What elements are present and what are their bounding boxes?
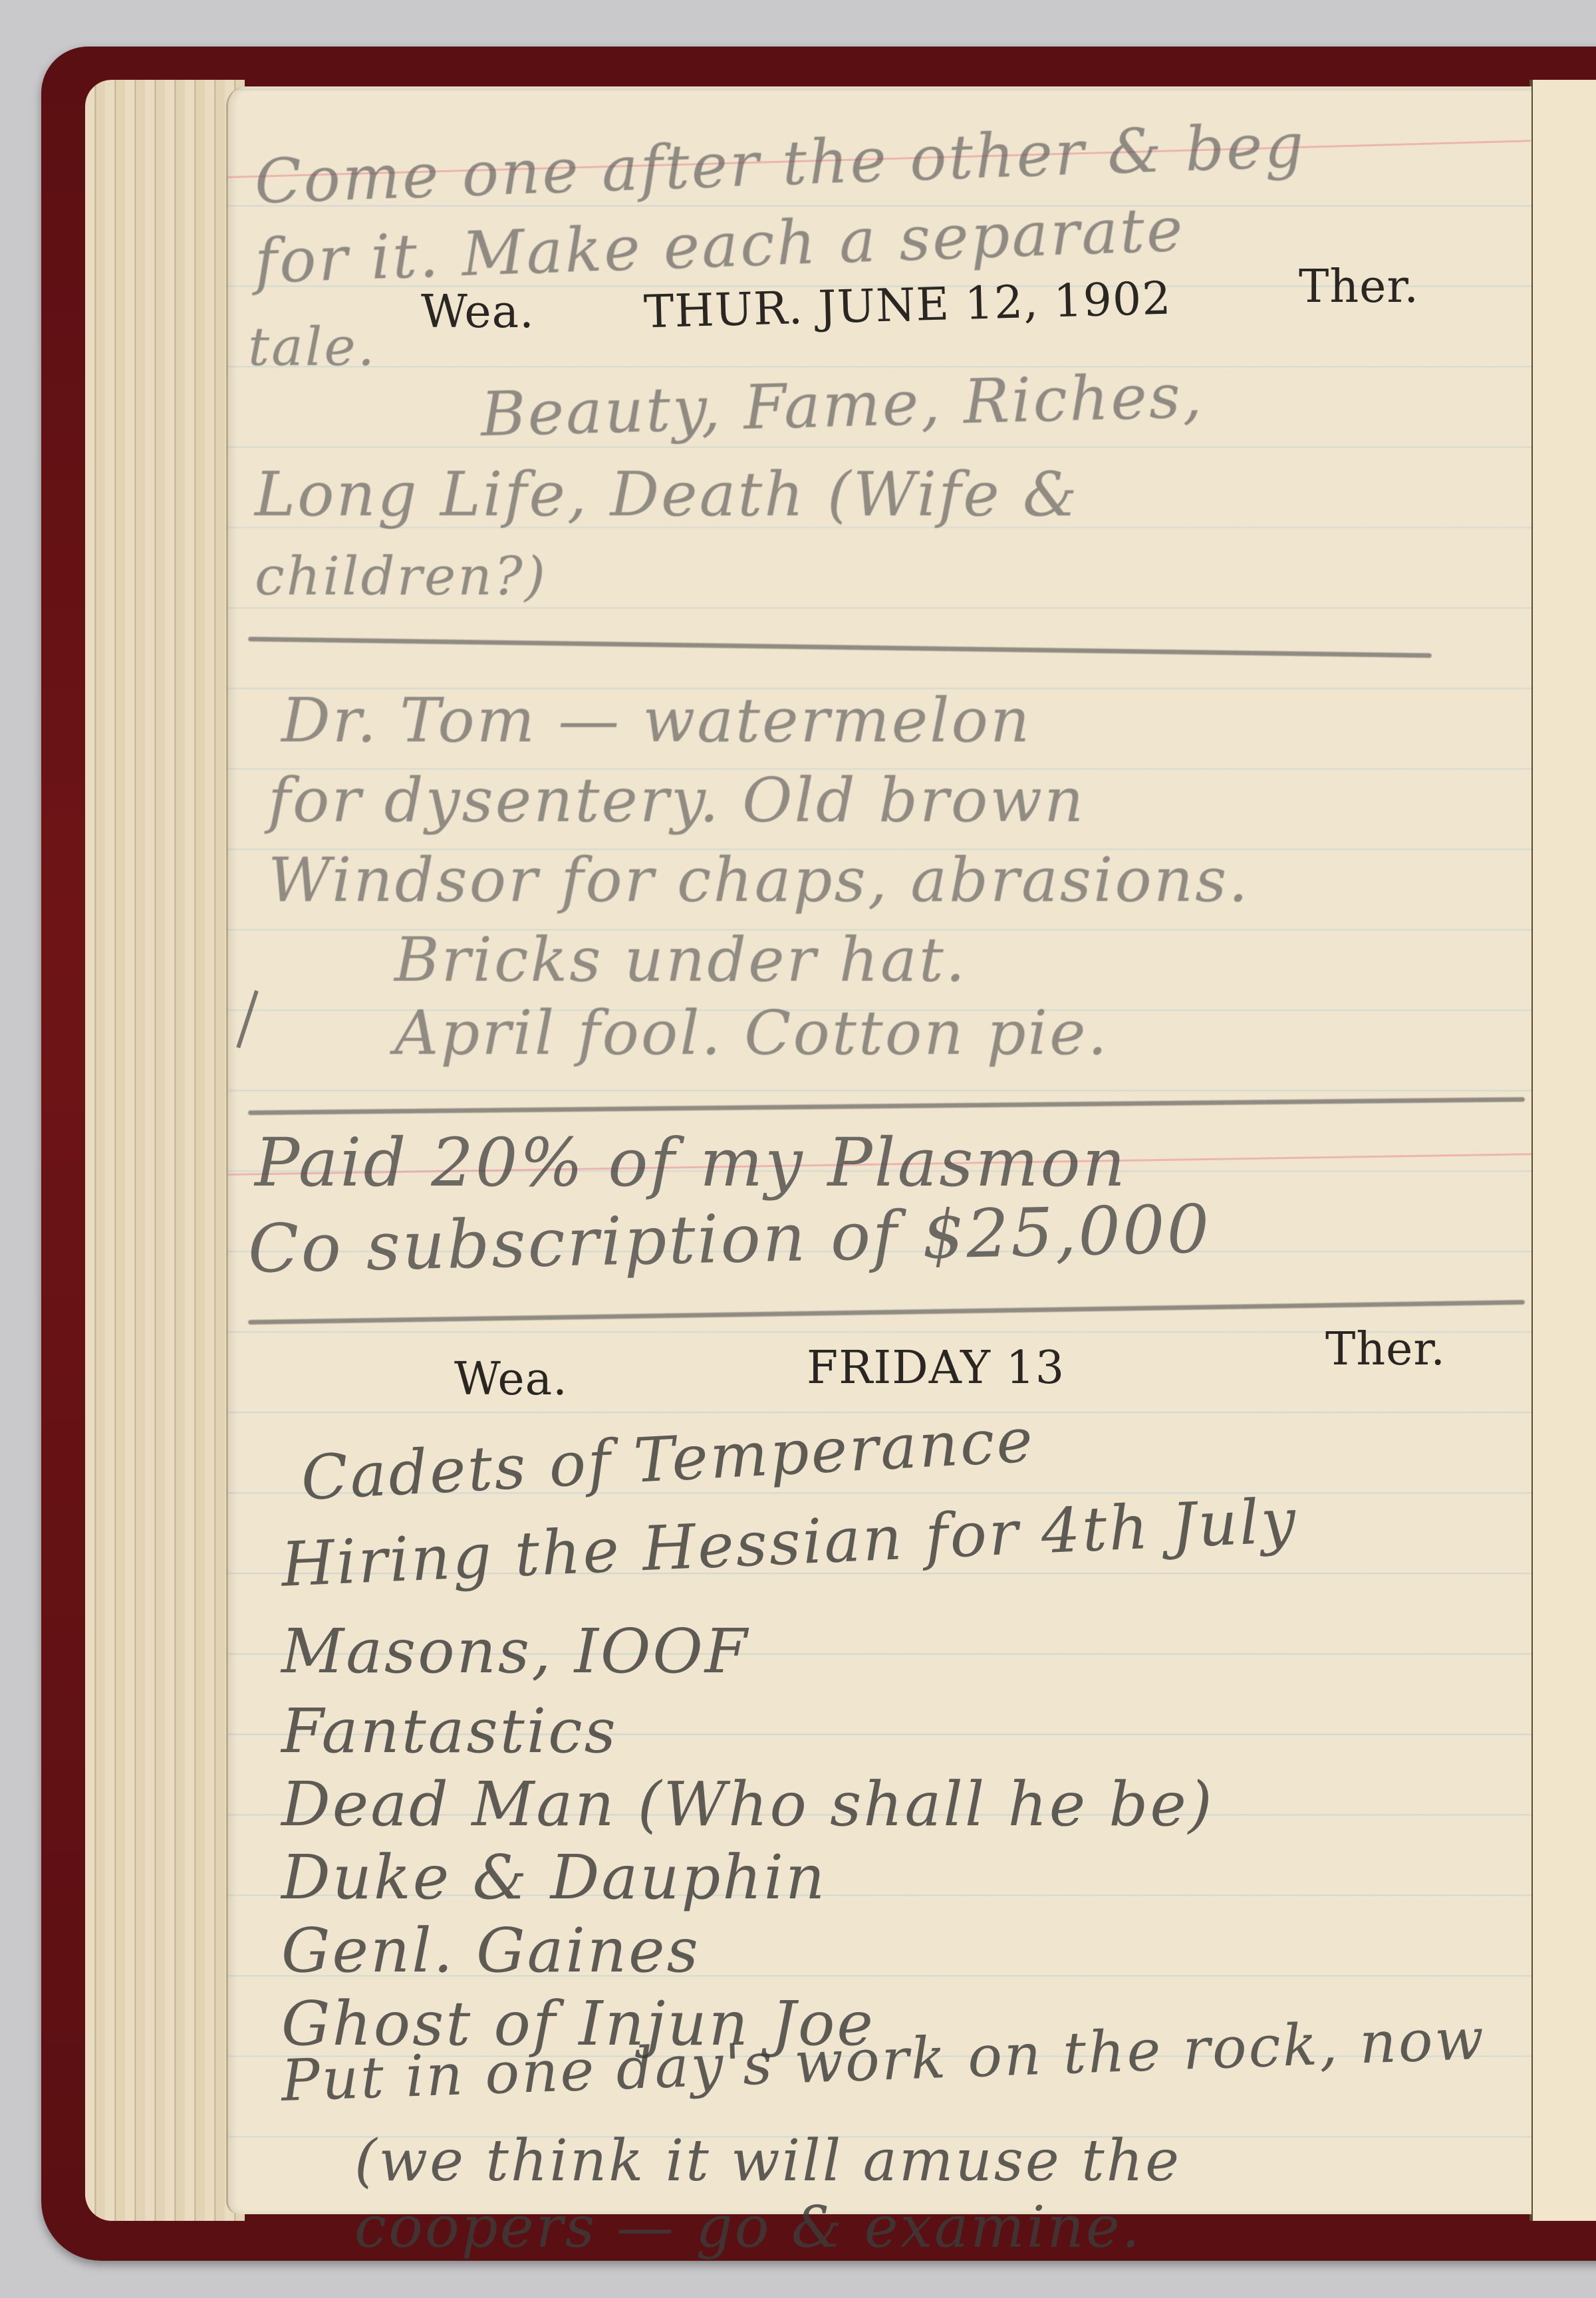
drawn-divider-1 xyxy=(248,637,1432,658)
thursday-line-2: Long Life, Death (Wife & xyxy=(255,459,1079,530)
diary-page: Come one after the other & beg for it. M… xyxy=(226,86,1531,2214)
box-bottom-line xyxy=(248,1300,1525,1325)
thermometer-label-thursday: Ther. xyxy=(1299,261,1419,313)
friday-line-4: Fantastics xyxy=(281,1696,618,1767)
weather-label-thursday: Wea. xyxy=(421,286,535,338)
note-line-2: for dysentery. Old brown xyxy=(268,765,1085,836)
note-line-5: April fool. Cotton pie. xyxy=(394,997,1109,1069)
friday-line-6: Duke & Dauphin xyxy=(281,1842,827,1913)
facing-page-edge xyxy=(1529,80,1596,2221)
thursday-line-3: children?) xyxy=(255,545,547,607)
friday-line-10: (we think it will amuse the xyxy=(354,2128,1181,2194)
friday-line-7: Genl. Gaines xyxy=(281,1915,700,1986)
box-top-line xyxy=(248,1097,1525,1115)
date-label-thursday: THUR. JUNE 12, 1902 xyxy=(643,273,1172,339)
boxed-note-line-2: Co subscription of $25,000 xyxy=(247,1190,1212,1288)
check-mark xyxy=(236,990,259,1048)
weather-label-friday: Wea. xyxy=(454,1353,568,1406)
friday-line-3: Masons, IOOF xyxy=(281,1616,749,1687)
friday-line-11: coopers — go & examine. xyxy=(354,2194,1142,2261)
boxed-note-line-1: Paid 20% of my Plasmon xyxy=(255,1124,1127,1202)
note-line-3: Windsor for chaps, abrasions. xyxy=(268,844,1250,916)
date-label-friday: FRIDAY 13 xyxy=(807,1342,1065,1394)
note-line-4: Bricks under hat. xyxy=(394,924,967,995)
note-line-1: Dr. Tom — watermelon xyxy=(281,685,1031,756)
thermometer-label-friday: Ther. xyxy=(1325,1323,1446,1376)
thursday-line-1: Beauty, Fame, Riches, xyxy=(480,360,1205,450)
page-edges-stack xyxy=(85,80,245,2221)
friday-line-1: Cadets of Temperance xyxy=(299,1404,1036,1514)
carryover-line-3: tale. xyxy=(248,316,376,378)
friday-line-5: Dead Man (Who shall he be) xyxy=(281,1769,1214,1840)
